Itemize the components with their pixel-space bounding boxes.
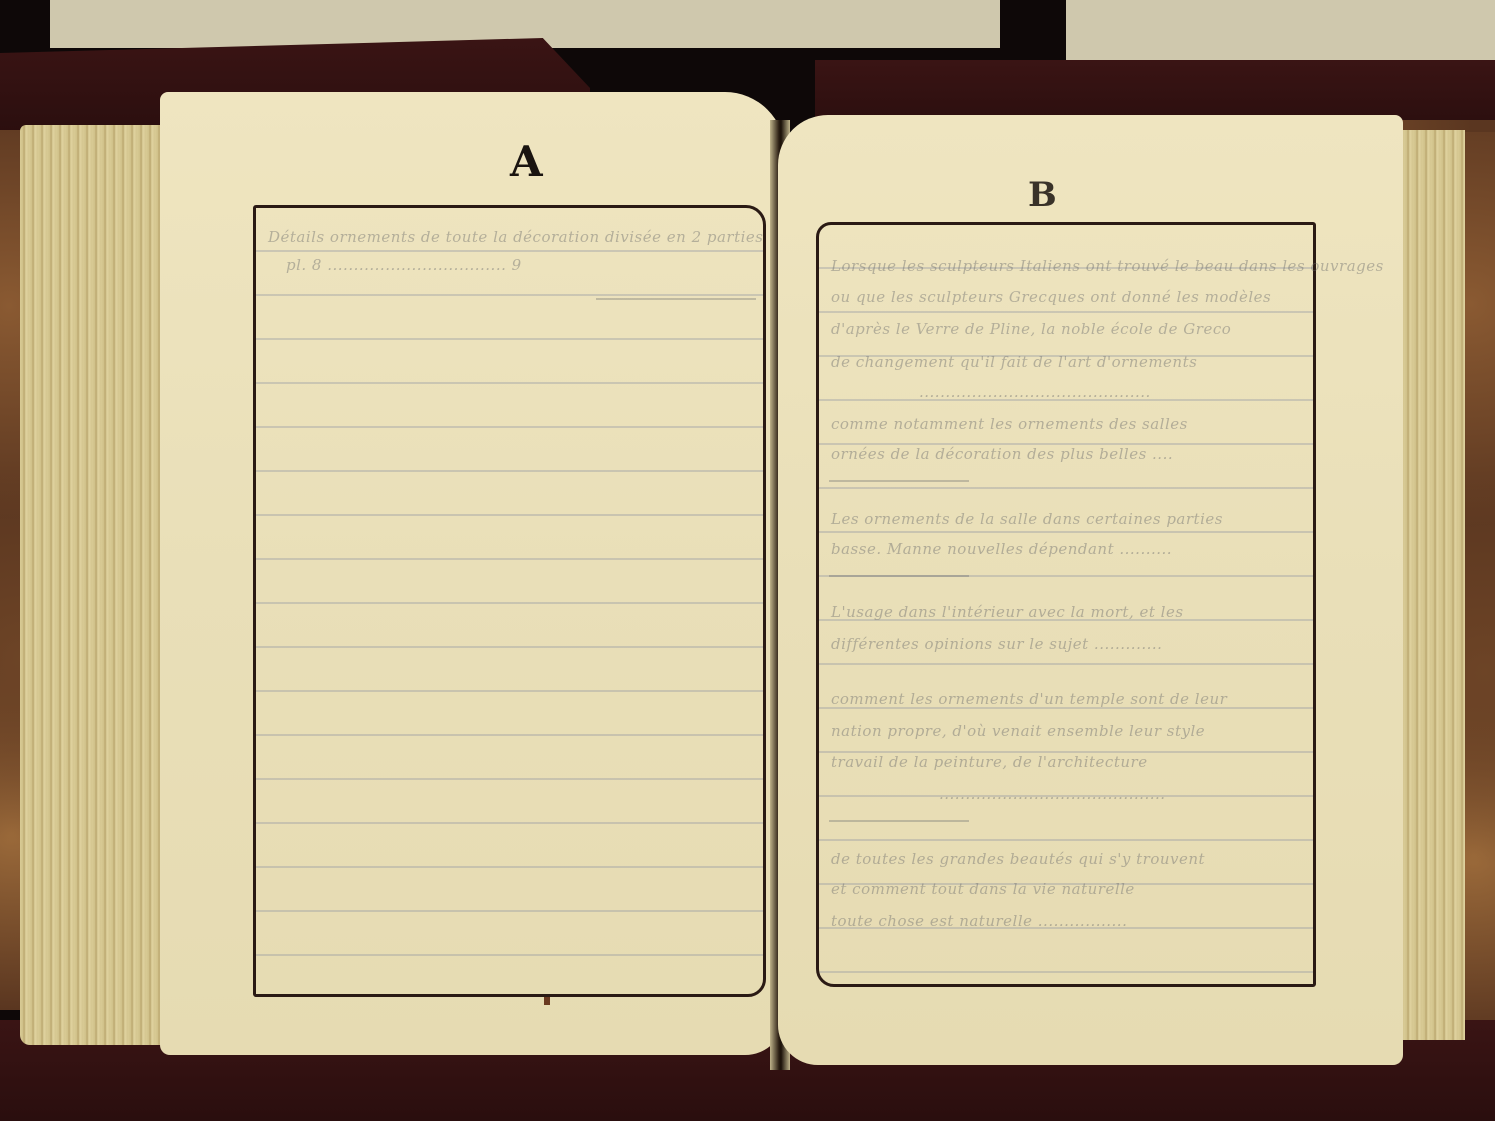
section-rule bbox=[596, 298, 756, 300]
section-rule bbox=[829, 820, 969, 822]
entry-line: L'usage dans l'intérieur avec la mort, e… bbox=[831, 603, 1184, 621]
right-cover-marble-edge bbox=[1460, 120, 1495, 1040]
entry-line: Les ornements de la salle dans certaines… bbox=[831, 510, 1223, 528]
entry-line: comme notamment les ornements des salles bbox=[831, 415, 1188, 433]
entry-line: et comment tout dans la vie naturelle bbox=[831, 880, 1135, 898]
entry-line: travail de la peinture, de l'architectur… bbox=[831, 753, 1148, 771]
right-page-edges bbox=[1395, 130, 1465, 1040]
entry-line: Lorsque les sculpteurs Italiens ont trou… bbox=[831, 257, 1384, 275]
right-page-frame: Lorsque les sculpteurs Italiens ont trou… bbox=[816, 222, 1316, 987]
entry-line: ........................................… bbox=[919, 383, 1151, 401]
entry-line: ou que les sculpteurs Grecques ont donné… bbox=[831, 288, 1271, 306]
entry-line: pl. 8 ..................................… bbox=[286, 256, 522, 274]
section-rule bbox=[829, 575, 969, 577]
entry-line: ornées de la décoration des plus belles … bbox=[831, 445, 1173, 463]
entry-line: ........................................… bbox=[939, 785, 1166, 803]
header-letter-b: B bbox=[1028, 175, 1057, 215]
entry-line: nation propre, d'où venait ensemble leur… bbox=[831, 722, 1205, 740]
entry-line: de changement qu'il fait de l'art d'orne… bbox=[831, 353, 1197, 371]
entry-line: différentes opinions sur le sujet ......… bbox=[831, 635, 1162, 653]
entry-line: basse. Manne nouvelles dépendant .......… bbox=[831, 540, 1172, 558]
entry-line: d'après le Verre de Pline, la noble écol… bbox=[831, 320, 1231, 338]
left-page-frame: Détails ornements de toute la décoration… bbox=[253, 205, 766, 997]
entry-line: Détails ornements de toute la décoration… bbox=[268, 228, 764, 246]
left-page: A Détails ornements de toute la décorati… bbox=[160, 92, 785, 1055]
left-page-edges bbox=[20, 125, 175, 1045]
header-letter-a: A bbox=[510, 137, 543, 186]
right-page: B Lorsque les sculpteurs Italiens ont tr… bbox=[778, 115, 1403, 1065]
section-rule bbox=[829, 480, 969, 482]
entry-line: de toutes les grandes beautés qui s'y tr… bbox=[831, 850, 1205, 868]
background-card-right bbox=[1066, 0, 1495, 60]
page-marker bbox=[544, 997, 550, 1005]
entry-line: toute chose est naturelle ..............… bbox=[831, 912, 1127, 930]
entry-line: comment les ornements d'un temple sont d… bbox=[831, 690, 1227, 708]
